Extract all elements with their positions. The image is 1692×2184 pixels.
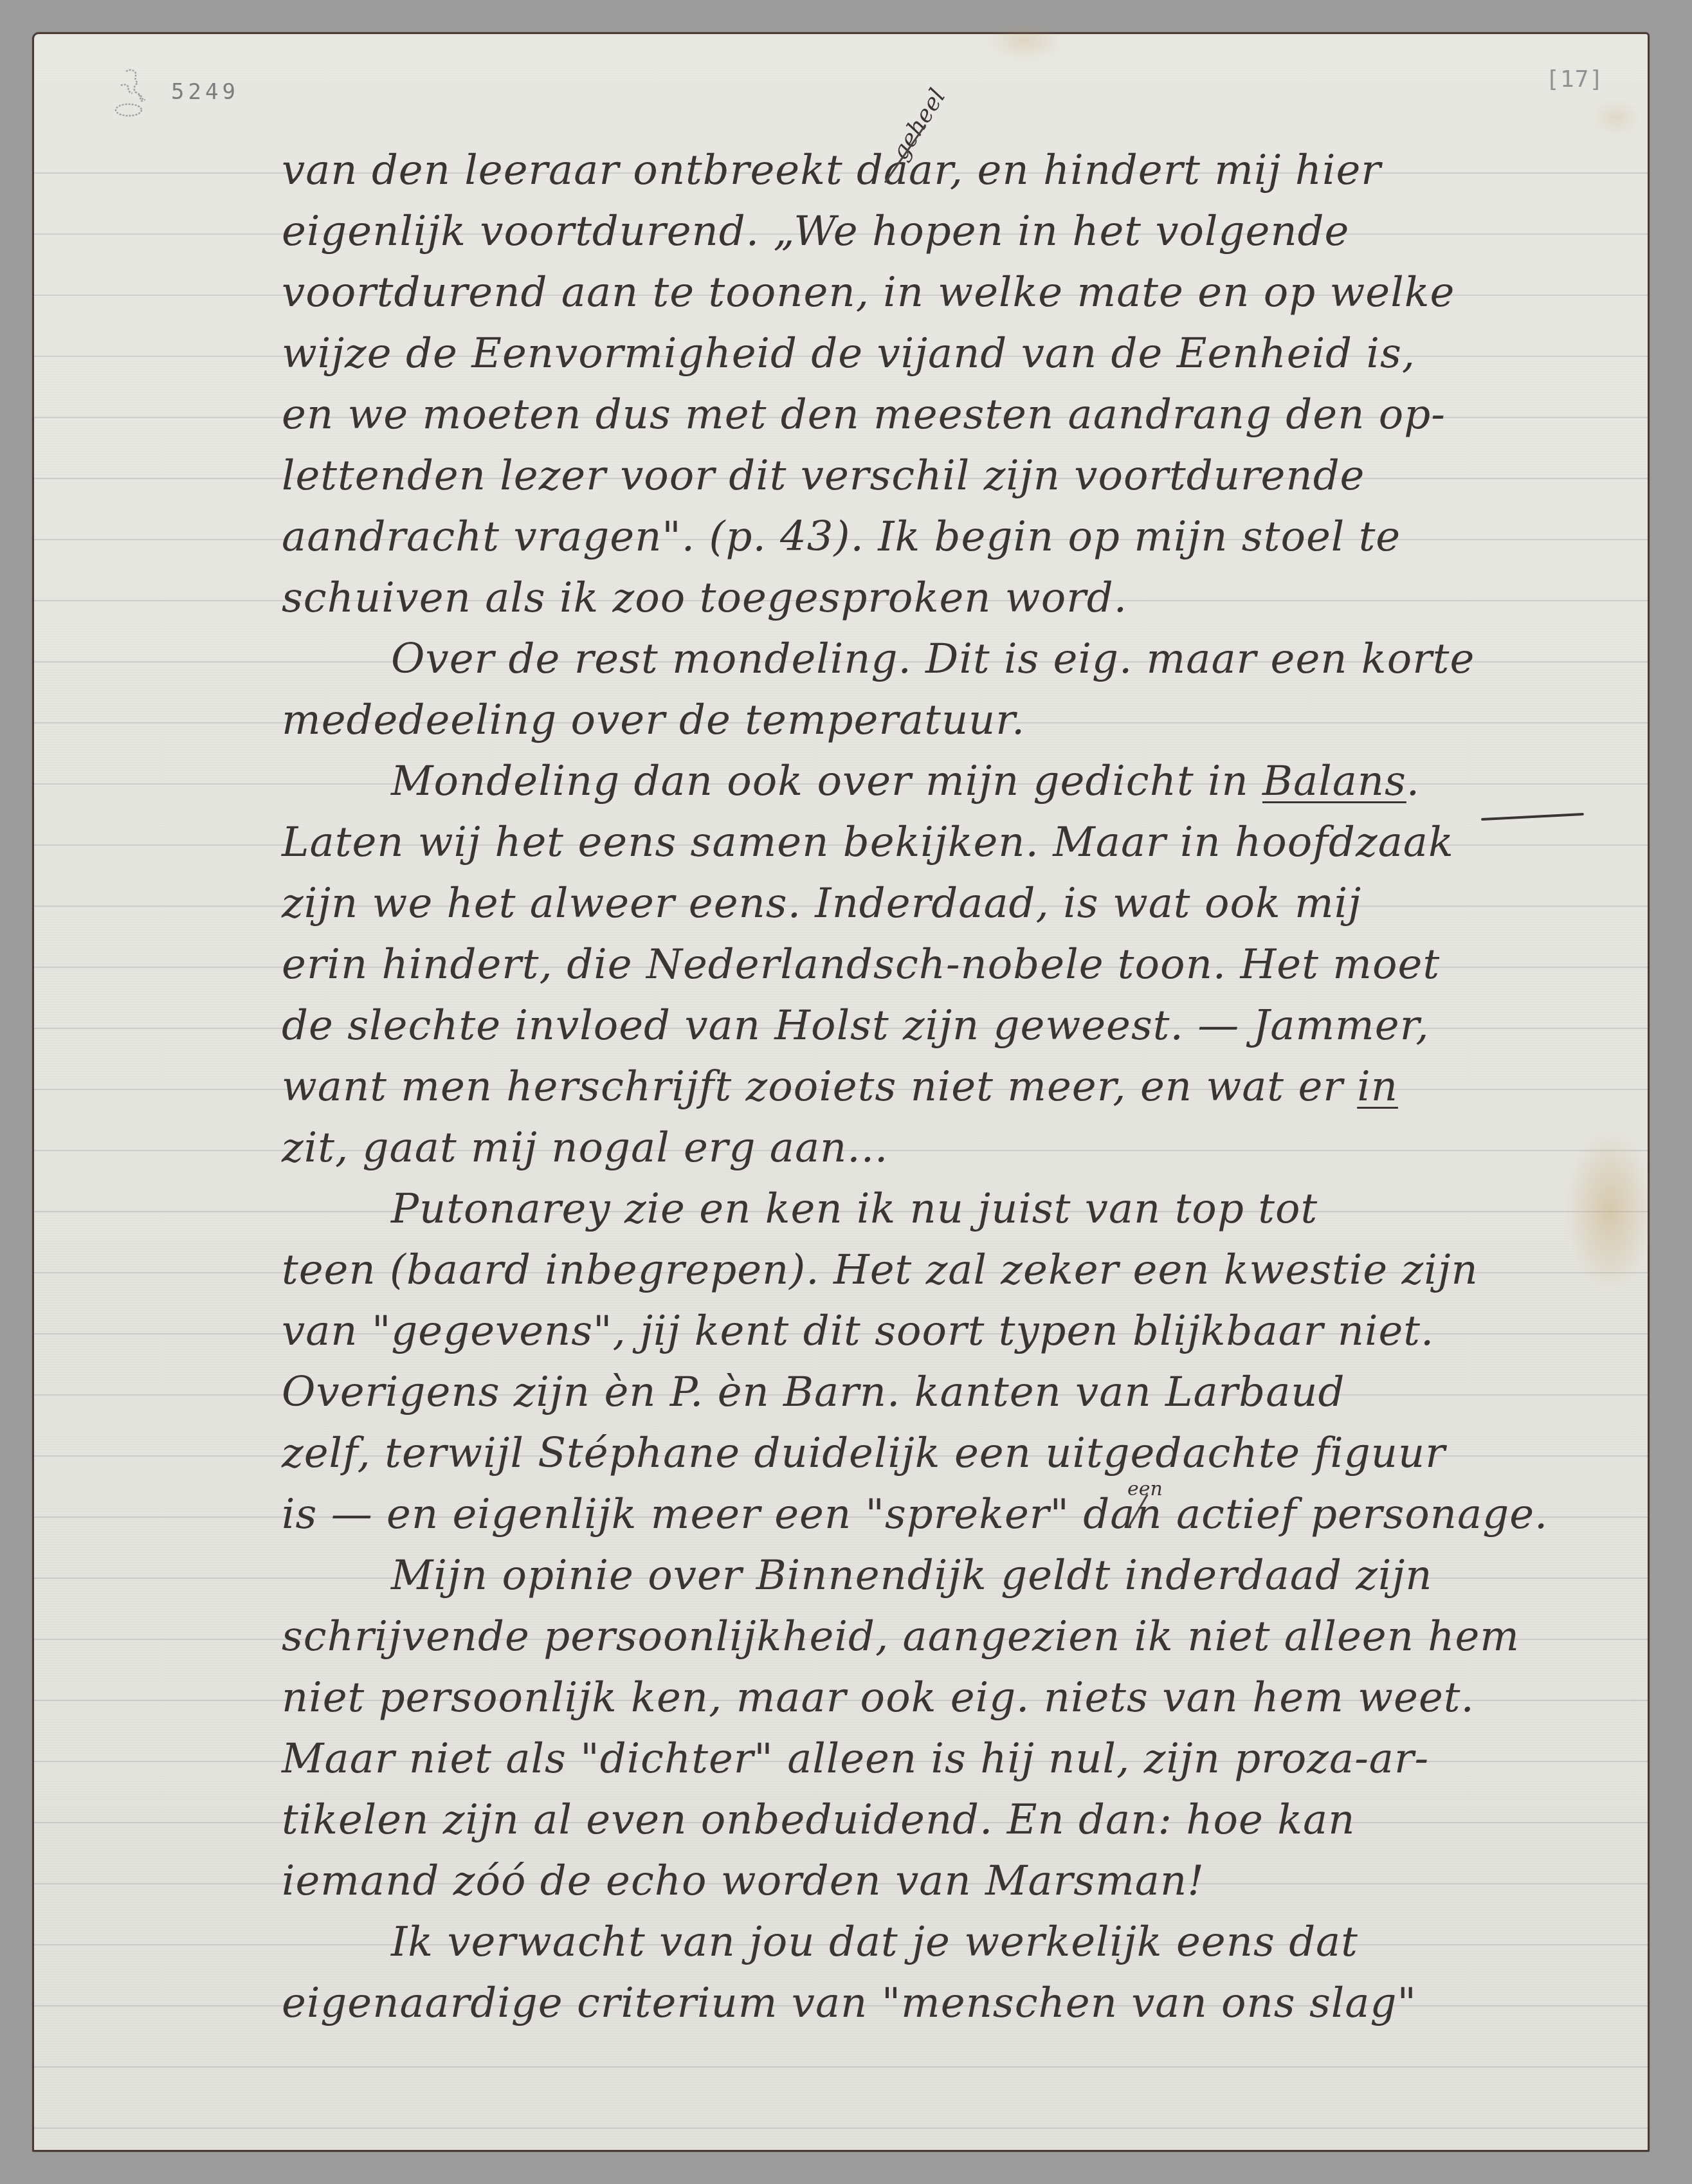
text-line: Laten wij het eens samen bekijken. Maar … [282, 822, 1454, 863]
text-line: erin hindert, die Nederlandsch-nobele to… [282, 944, 1440, 985]
foxing-stain [1565, 1127, 1655, 1295]
text-line: van den leeraar ontbreekt daar, en hinde… [282, 150, 1381, 191]
underlined-word-in: in [1357, 1063, 1398, 1111]
ruled-line [34, 2127, 1648, 2129]
text-line: Over de rest mondeling. Dit is eig. maar… [391, 639, 1475, 680]
archive-stamp: 5249 [114, 66, 239, 118]
page-number: [17] [1545, 66, 1604, 93]
text-line: tikelen zijn al even onbeduidend. En dan… [282, 1799, 1355, 1841]
foxing-stain [986, 21, 1063, 60]
ruled-line [34, 2066, 1648, 2068]
text-line: iemand zóó de echo worden van Marsman! [282, 1861, 1205, 1902]
text-line: schrijvende persoonlijkheid, aangezien i… [282, 1616, 1520, 1657]
text-line: voortdurend aan te toonen, in welke mate… [282, 272, 1455, 313]
text-segment: want men herschrijft zooiets niet meer, … [282, 1063, 1357, 1111]
text-line: aandracht vragen". (p. 43). Ik begin op … [282, 516, 1401, 558]
correction-stroke [1481, 813, 1584, 821]
text-line: mededeeling over de temperatuur. [282, 700, 1025, 741]
text-line: Ik verwacht van jou dat je werkelijk een… [391, 1922, 1358, 1963]
underlined-title-balans: Balans [1262, 758, 1406, 805]
text-line: Mondeling dan ook over mijn gedicht in B… [391, 761, 1420, 802]
text-line: zelf, terwijl Stéphane duidelijk een uit… [282, 1433, 1446, 1474]
text-line: eigenlijk voortdurend. „We hopen in het … [282, 211, 1349, 252]
text-line: wijze de Eenvormigheid de vijand van de … [282, 333, 1415, 374]
text-line: zijn we het alweer eens. Inderdaad, is w… [282, 883, 1361, 924]
text-line: zit, gaat mij nogal erg aan... [282, 1127, 888, 1169]
archive-crest-icon [114, 66, 159, 118]
text-line: en we moeten dus met den meesten aandran… [282, 394, 1446, 435]
text-line: schuiven als ik zoo toegesproken word. [282, 578, 1127, 619]
foxing-stain [1590, 98, 1642, 137]
text-line: Putonarey zie en ken ik nu juist van top… [391, 1188, 1318, 1230]
text-segment: . [1406, 758, 1420, 805]
catalog-number: 5249 [171, 79, 239, 105]
text-line: teen (baard inbegrepen). Het zal zeker e… [282, 1250, 1478, 1291]
text-line: van "gegevens", jij kent dit soort typen… [282, 1311, 1434, 1352]
text-line: de slechte invloed van Holst zijn gewees… [282, 1005, 1430, 1046]
text-line: want men herschrijft zooiets niet meer, … [282, 1066, 1398, 1107]
text-line: lettenden lezer voor dit verschil zijn v… [282, 455, 1365, 496]
text-segment: Mondeling dan ook over mijn gedicht in [391, 758, 1262, 805]
text-line: Mijn opinie over Binnendijk geldt inderd… [391, 1555, 1433, 1596]
text-line: is — en eigenlijk meer een "spreker" dan… [282, 1494, 1548, 1535]
text-line: eigenaardige criterium van "menschen van… [282, 1983, 1417, 2024]
text-line: Overigens zijn èn P. èn Barn. kanten van… [282, 1372, 1345, 1413]
text-line: Maar niet als "dichter" alleen is hij nu… [282, 1738, 1429, 1779]
text-line: niet persoonlijk ken, maar ook eig. niet… [282, 1677, 1475, 1718]
letter-page: 5249 [17] van den leeraar ontbreekt daar… [32, 32, 1650, 2152]
